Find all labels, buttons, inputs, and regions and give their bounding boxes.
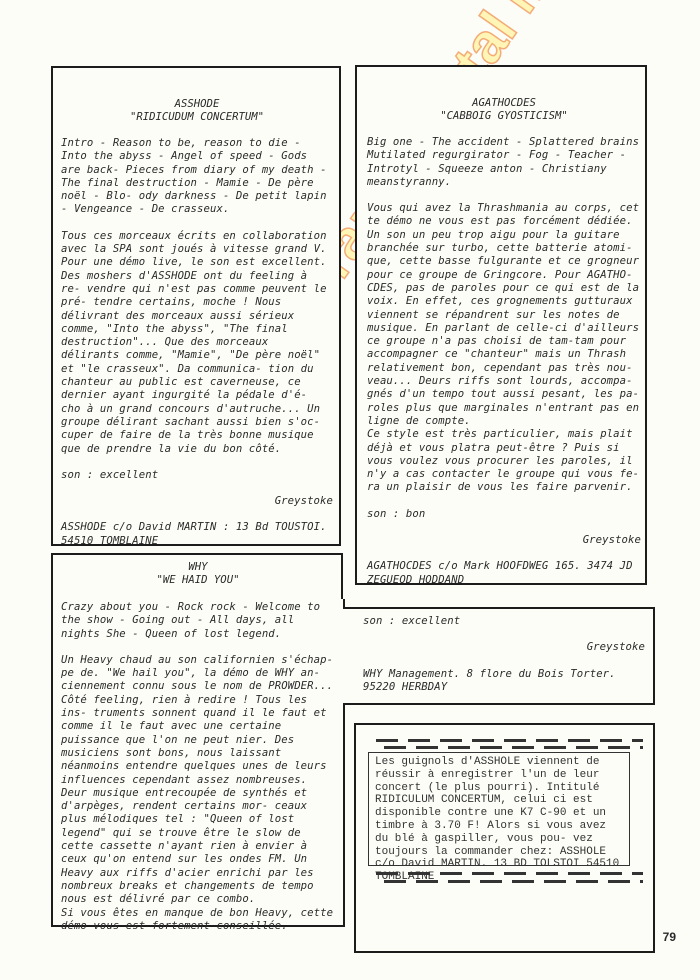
review-text: Un Heavy chaud au son californien s'écha… [61, 654, 337, 907]
review-why: Crazy about you - Rock rock - Welcome to… [51, 599, 345, 927]
band-name: WHY [61, 561, 335, 574]
review-agathocdes: AGATHOCDES "CABBOIG GYOSTICISM" Big one … [355, 65, 647, 585]
review-text-2: Ce style est très particulier, mais plai… [367, 428, 641, 494]
dashed-divider [376, 872, 643, 875]
contact-address: WHY Management. 8 flore du Bois Torter. … [363, 668, 645, 695]
band-name: ASSHODE [61, 98, 333, 111]
ad-text-box: Les guignols d'ASSHOLE viennent de réuss… [368, 752, 630, 866]
demo-title: "CABBOIG GYOSTICISM" [367, 110, 641, 123]
tracklist: Intro - Reason to be, reason to die - In… [61, 137, 333, 217]
review-why-footer: son : excellent Greystoke WHY Management… [343, 607, 655, 705]
dashed-divider [384, 880, 643, 883]
signature: Greystoke [363, 641, 645, 654]
signature: Greystoke [61, 495, 333, 508]
contact-address: AGATHOCDES c/o Mark HOOFDWEG 165. 3474 J… [367, 560, 641, 587]
sound-rating: son : excellent [61, 469, 333, 482]
dashed-divider [376, 739, 643, 742]
demo-title: "RIDICUDUM CONCERTUM" [61, 111, 333, 124]
page-number: 79 [663, 930, 676, 944]
tracklist: Big one - The accident - Splattered brai… [367, 136, 641, 189]
review-asshode: ASSHODE "RIDICUDUM CONCERTUM" Intro - Re… [51, 66, 341, 546]
tracklist: Crazy about you - Rock rock - Welcome to… [61, 601, 337, 641]
review-why-header: WHY "WE HAID YOU" [51, 553, 343, 603]
ad-box: Les guignols d'ASSHOLE viennent de réuss… [354, 723, 655, 953]
band-name: AGATHOCDES [367, 97, 641, 110]
review-text-2: Si vous êtes en manque de bon Heavy, cet… [61, 907, 337, 934]
review-text: Tous ces morceaux écrits en collaboratio… [61, 230, 333, 456]
signature: Greystoke [367, 534, 641, 547]
ad-text: Les guignols d'ASSHOLE viennent de réuss… [375, 756, 623, 884]
sound-rating: son : excellent [363, 615, 645, 628]
contact-address: ASSHODE c/o David MARTIN : 13 Bd TOUSTOI… [61, 521, 333, 548]
dashed-divider [384, 746, 643, 749]
demo-title: "WE HAID YOU" [61, 574, 335, 587]
review-text: Vous qui avez la Thrashmania au corps, c… [367, 202, 641, 428]
sound-rating: son : bon [367, 508, 641, 521]
